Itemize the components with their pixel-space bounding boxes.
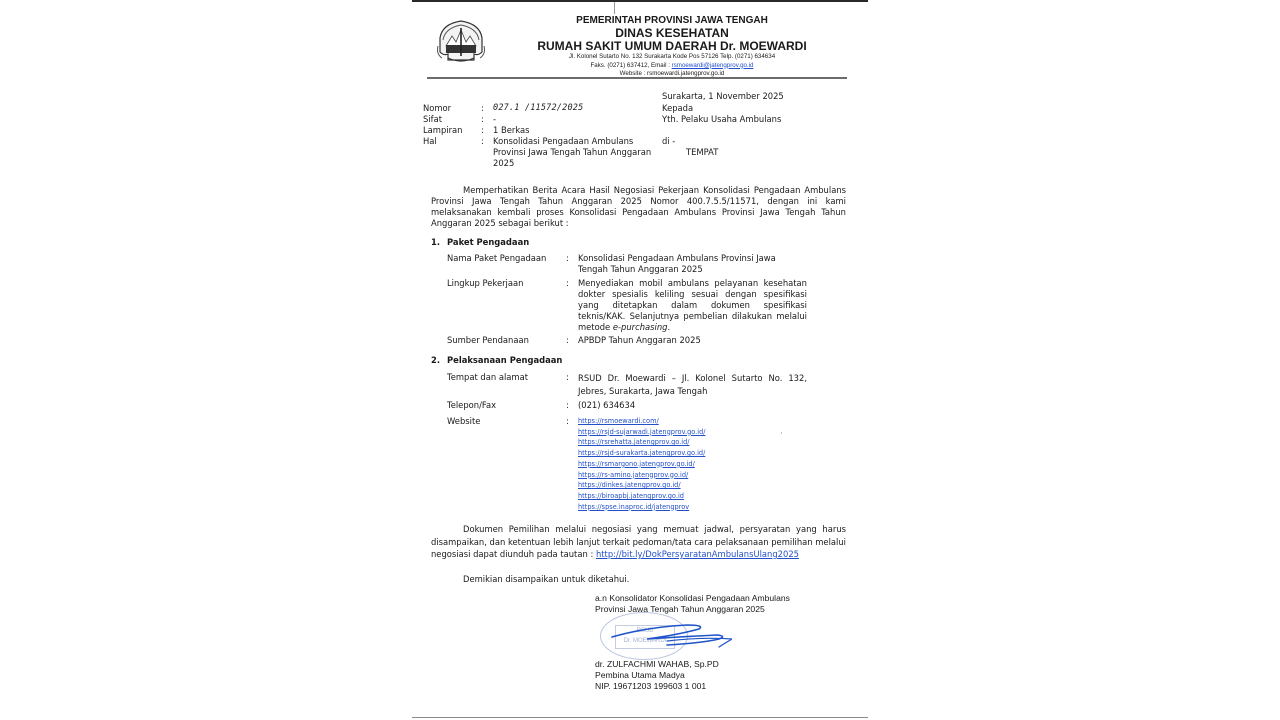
recipient-block: Kepada Yth. Pelaku Usaha Ambulans di - T… bbox=[662, 103, 862, 158]
meta-label: Sifat bbox=[423, 114, 481, 125]
detail-colon: : bbox=[566, 253, 578, 275]
provincial-emblem-icon bbox=[434, 16, 488, 70]
website-link[interactable]: https://rsrehatta.jatengprov.go.id/ bbox=[578, 437, 807, 448]
detail-value: Menyediakan mobil ambulans pelayanan kes… bbox=[578, 278, 807, 333]
detail-label: Lingkup Pekerjaan bbox=[447, 278, 566, 333]
section-number: 1. bbox=[431, 237, 447, 248]
website-link[interactable]: https://rsjd-sujarwadi.jatengprov.go.id/ bbox=[578, 427, 807, 438]
section-1-title: 1.Paket Pengadaan bbox=[431, 237, 529, 248]
meta-row-sifat: Sifat : - bbox=[423, 114, 673, 125]
website-link[interactable]: https://rsmoewardi.com/ bbox=[578, 416, 807, 427]
signatory-rank: Pembina Utama Madya bbox=[595, 670, 719, 681]
meta-value-lampiran: 1 Berkas bbox=[493, 125, 673, 136]
letterhead-contact: Faks. (0271) 637412, Email : rsmoewardi@… bbox=[492, 62, 852, 71]
detail-value: APBDP Tahun Anggaran 2025 bbox=[578, 335, 807, 346]
intro-paragraph: Memperhatikan Berita Acara Hasil Negosia… bbox=[431, 185, 846, 229]
website-link[interactable]: https://rs-amino.jatengprov.go.id/ bbox=[578, 470, 807, 481]
recipient-di: di - bbox=[662, 136, 862, 147]
meta-colon: : bbox=[481, 125, 493, 136]
letterhead-divider bbox=[427, 77, 847, 79]
detail-colon: : bbox=[566, 416, 578, 512]
document-download-link[interactable]: http://bit.ly/DokPersyaratanAmbulansUlan… bbox=[596, 549, 799, 559]
signature-line1: a.n Konsolidator Konsolidasi Pengadaan A… bbox=[595, 593, 835, 604]
letterhead-hospital: RUMAH SAKIT UMUM DAERAH Dr. MOEWARDI bbox=[492, 40, 852, 53]
meta-label: Lampiran bbox=[423, 125, 481, 136]
detail-label: Telepon/Fax bbox=[447, 400, 566, 411]
scan-speck bbox=[781, 432, 782, 434]
letterhead: PEMERINTAH PROVINSI JAWA TENGAH DINAS KE… bbox=[492, 15, 852, 79]
website-link[interactable]: https://rsmargono.jatengprov.go.id/ bbox=[578, 459, 807, 470]
signatory-nip: NIP. 19671203 199603 1 001 bbox=[595, 681, 719, 692]
detail-colon: : bbox=[566, 278, 578, 333]
detail-value: RSUD Dr. Moewardi – Jl. Kolonel Sutarto … bbox=[578, 372, 807, 398]
page-bottom-edge bbox=[412, 717, 868, 718]
signature-block: a.n Konsolidator Konsolidasi Pengadaan A… bbox=[595, 593, 835, 615]
section-number: 2. bbox=[431, 355, 447, 366]
detail-colon: : bbox=[566, 372, 578, 398]
section-2-title: 2.Pelaksanaan Pengadaan bbox=[431, 355, 562, 366]
section-title: Pelaksanaan Pengadaan bbox=[447, 355, 562, 365]
meta-colon: : bbox=[481, 103, 493, 114]
detail-label: Tempat dan alamat bbox=[447, 372, 566, 398]
letter-meta: Nomor : 027.1 /11572/2025 Sifat : - Lamp… bbox=[423, 103, 673, 169]
scan-mark bbox=[614, 2, 615, 14]
handwritten-signature-icon bbox=[607, 615, 732, 651]
meta-colon: : bbox=[481, 114, 493, 125]
meta-value-hal: Konsolidasi Pengadaan Ambulans Provinsi … bbox=[493, 136, 668, 169]
website-link[interactable]: https://rsjd-surakarta.jatengprov.go.id/ bbox=[578, 448, 807, 459]
closing-remark: Demikian disampaikan untuk diketahui. bbox=[431, 574, 846, 585]
detail-row-tempat: Tempat dan alamat : RSUD Dr. Moewardi – … bbox=[447, 372, 807, 398]
recipient-kepada: Kepada bbox=[662, 103, 862, 114]
signatory-name: dr. ZULFACHMI WAHAB, Sp.PD bbox=[595, 659, 719, 670]
letter-date: Surakarta, 1 November 2025 bbox=[662, 91, 862, 102]
detail-value: (021) 634634 bbox=[578, 400, 807, 411]
signatory: dr. ZULFACHMI WAHAB, Sp.PD Pembina Utama… bbox=[595, 659, 719, 692]
detail-row-sumber: Sumber Pendanaan : APBDP Tahun Anggaran … bbox=[447, 335, 807, 346]
section-1-details: Nama Paket Pengadaan : Konsolidasi Penga… bbox=[447, 253, 807, 346]
detail-label: Sumber Pendanaan bbox=[447, 335, 566, 346]
letter-page: PEMERINTAH PROVINSI JAWA TENGAH DINAS KE… bbox=[412, 0, 868, 720]
detail-label: Nama Paket Pengadaan bbox=[447, 253, 566, 275]
website-link[interactable]: https://biroapbj.jatengprov.go.id bbox=[578, 491, 807, 502]
meta-label: Nomor bbox=[423, 103, 481, 114]
recipient-tempat: TEMPAT bbox=[662, 147, 862, 158]
detail-value-italic: e-purchasing bbox=[613, 322, 668, 332]
detail-colon: : bbox=[566, 335, 578, 346]
section-title: Paket Pengadaan bbox=[447, 237, 529, 247]
section-2-details: Tempat dan alamat : RSUD Dr. Moewardi – … bbox=[447, 372, 807, 512]
letterhead-address: Jl. Kolonel Sutarto No. 132 Surakarta Ko… bbox=[492, 53, 852, 62]
meta-label: Hal bbox=[423, 136, 481, 169]
meta-value-nomor: 027.1 /11572/2025 bbox=[493, 103, 673, 114]
meta-row-nomor: Nomor : 027.1 /11572/2025 bbox=[423, 103, 673, 114]
page-top-edge bbox=[412, 0, 868, 2]
detail-row-lingkup: Lingkup Pekerjaan : Menyediakan mobil am… bbox=[447, 278, 807, 333]
meta-row-hal: Hal : Konsolidasi Pengadaan Ambulans Pro… bbox=[423, 136, 673, 169]
detail-value: Konsolidasi Pengadaan Ambulans Provinsi … bbox=[578, 253, 807, 275]
detail-row-website: Website : https://rsmoewardi.com/ https:… bbox=[447, 416, 807, 512]
letterhead-email-link[interactable]: rsmoewardi@jatengprov.go.id bbox=[672, 62, 754, 69]
closing-paragraph: Dokumen Pemilihan melalui negosiasi yang… bbox=[431, 523, 846, 561]
letterhead-fax: Faks. (0271) 637412, Email : bbox=[590, 62, 671, 69]
website-link[interactable]: https://dinkes.jatengprov.go.id/ bbox=[578, 480, 807, 491]
meta-row-lampiran: Lampiran : 1 Berkas bbox=[423, 125, 673, 136]
recipient-name: Yth. Pelaku Usaha Ambulans bbox=[662, 114, 862, 125]
detail-row-telepon: Telepon/Fax : (021) 634634 bbox=[447, 400, 807, 411]
meta-value-sifat: - bbox=[493, 114, 673, 125]
detail-row-nama-paket: Nama Paket Pengadaan : Konsolidasi Penga… bbox=[447, 253, 807, 275]
detail-value-end: . bbox=[667, 322, 670, 332]
meta-colon: : bbox=[481, 136, 493, 169]
detail-label: Website bbox=[447, 416, 566, 512]
detail-colon: : bbox=[566, 400, 578, 411]
website-link[interactable]: https://spse.inaproc.id/jatengprov bbox=[578, 502, 807, 513]
website-links: https://rsmoewardi.com/ https://rsjd-suj… bbox=[578, 416, 807, 512]
